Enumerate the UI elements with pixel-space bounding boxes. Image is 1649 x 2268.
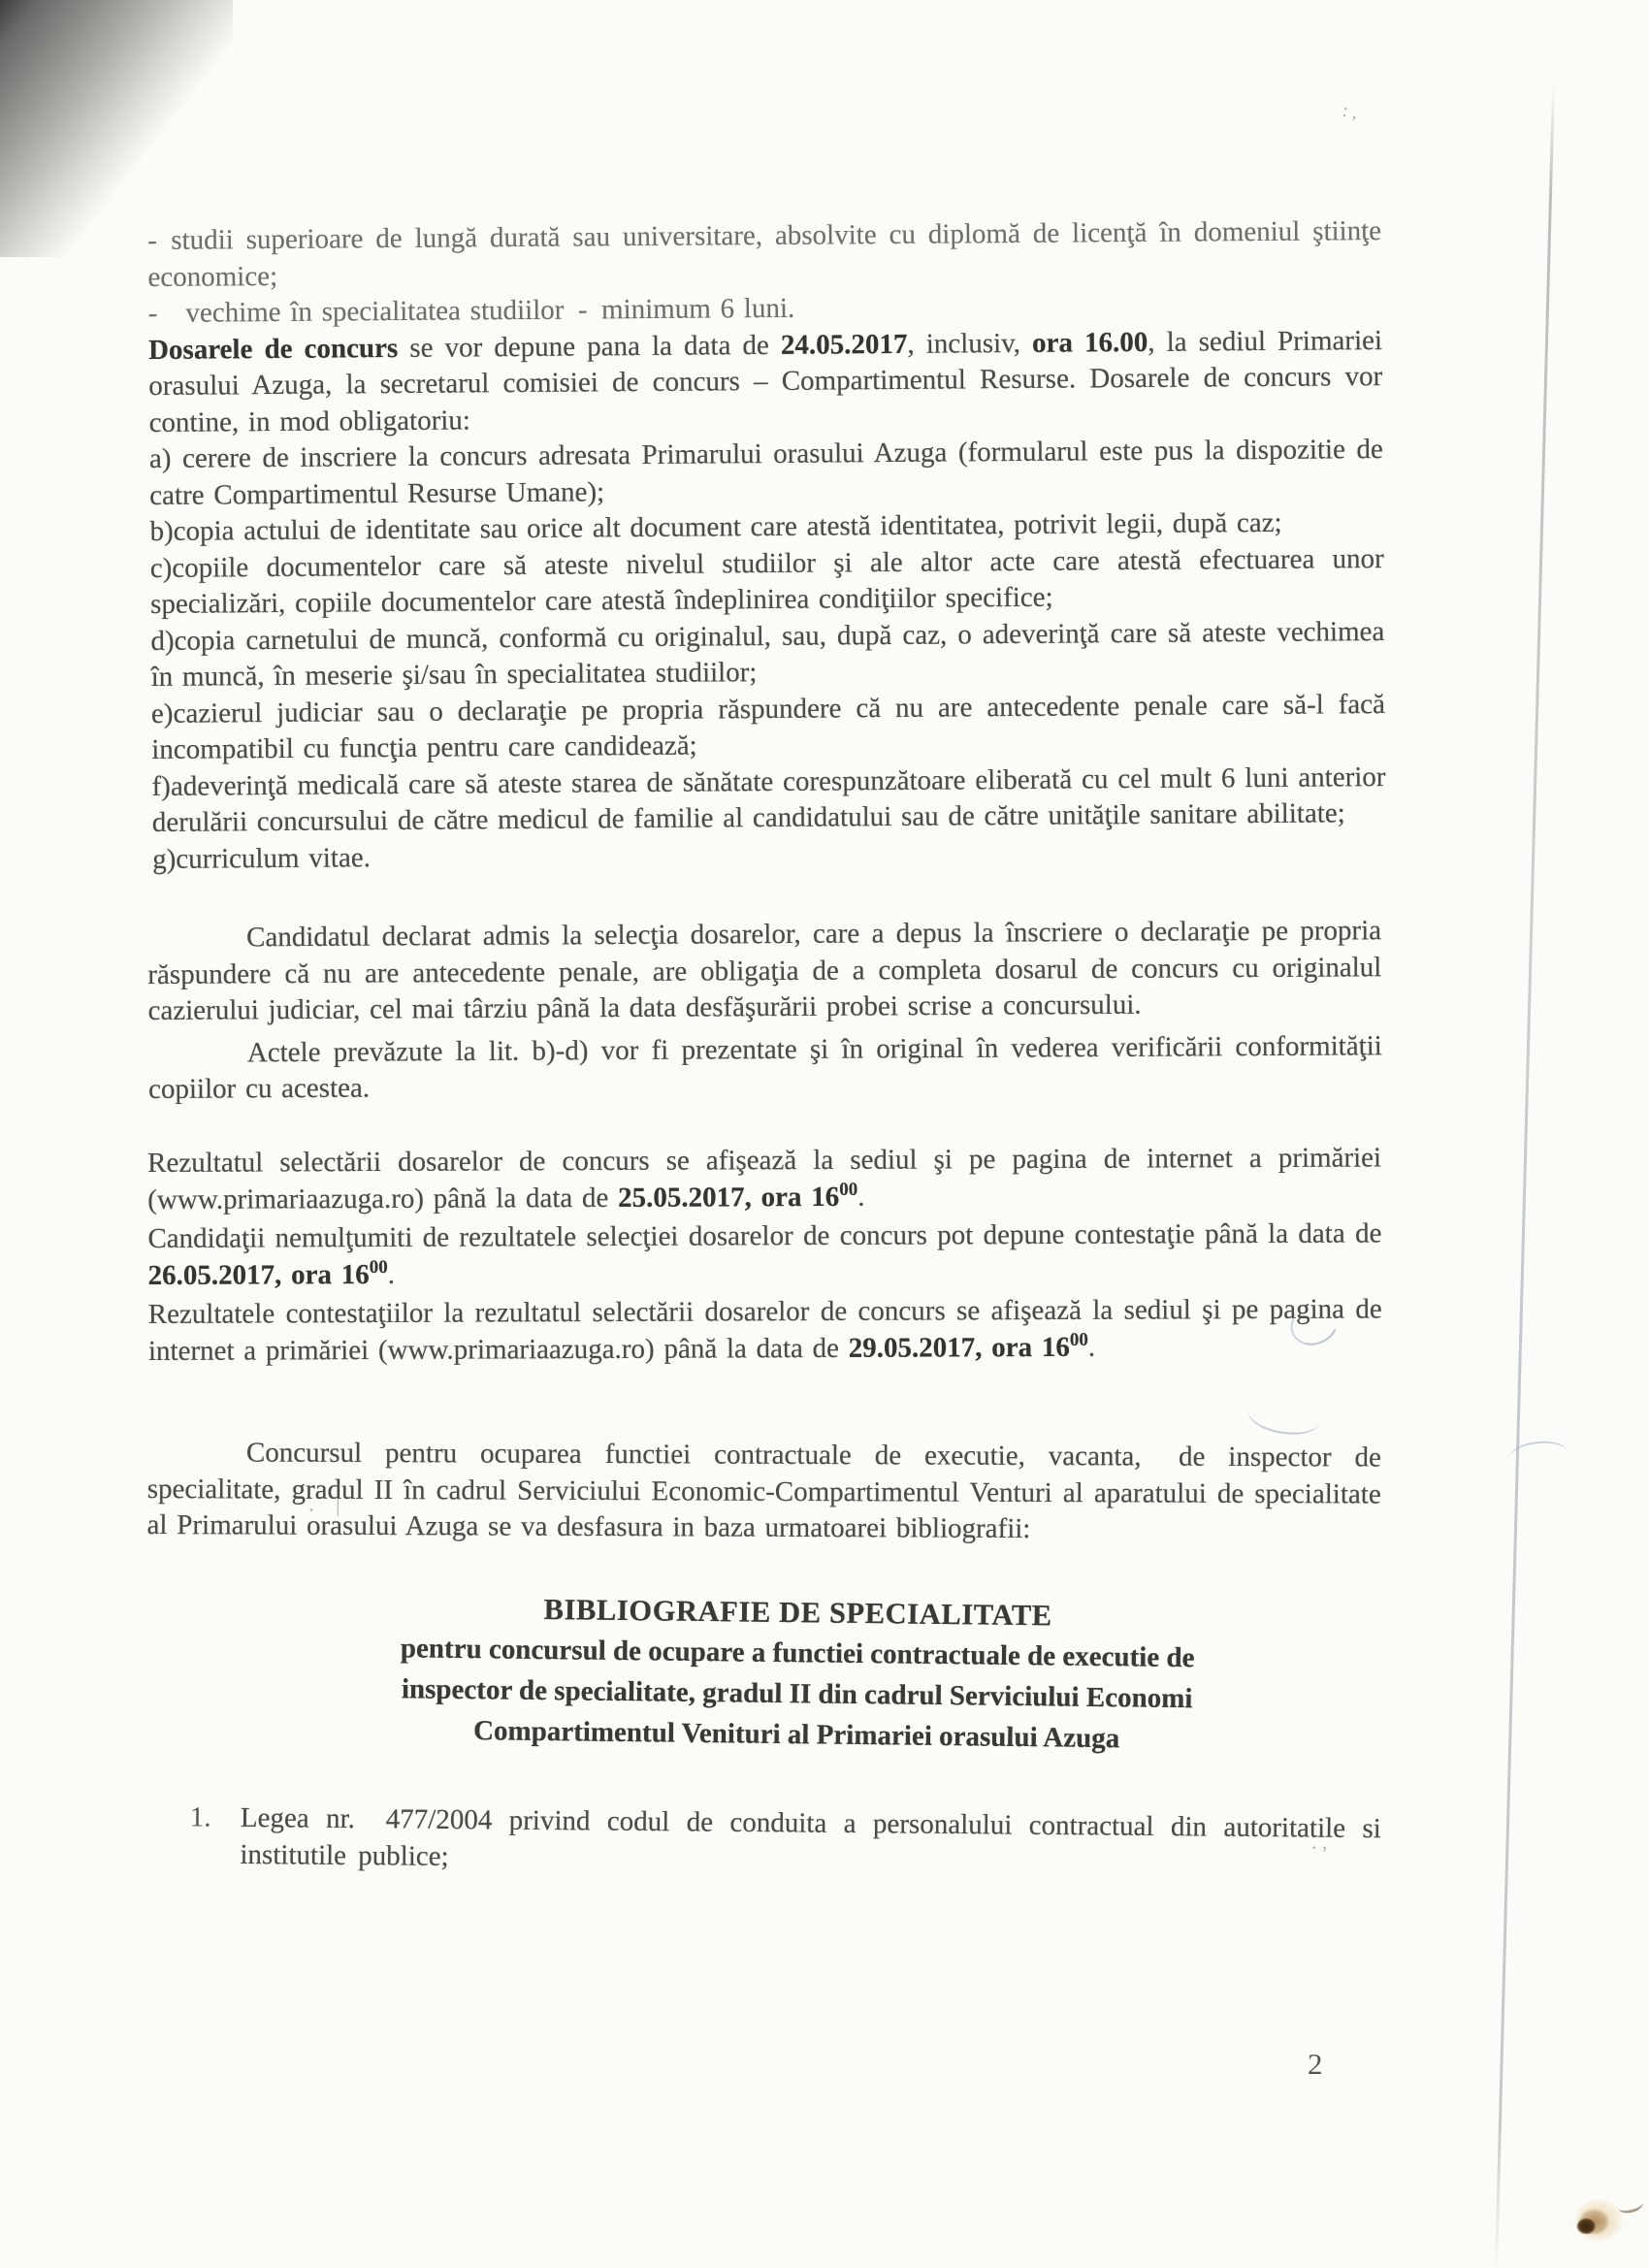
bold-ora-16: ora 16.00 — [1032, 326, 1148, 358]
paragraph-dossier-deadline: Dosarele de concurs se vor depune pana l… — [148, 323, 1383, 441]
section-candidate-obligations: Candidatul declarat admis la selecţia do… — [147, 913, 1382, 1108]
text-run: . — [857, 1181, 864, 1212]
section-bibliography-list: 1. Legea nr. 477/2004 privind codul de c… — [146, 1799, 1381, 1884]
text-run: , inclusiv, — [907, 327, 1032, 359]
bold-dosarele-de-concurs: Dosarele de concurs — [148, 332, 398, 365]
superscript-00: 00 — [839, 1179, 857, 1199]
bold-date-24-05-2017: 24.05.2017 — [781, 328, 908, 360]
scanned-document-page: : , . | . , - studii superioare de lungă… — [0, 0, 1649, 2268]
dossier-item-a: a) cerere de inscriere la concurs adresa… — [149, 432, 1384, 514]
paragraph-rezultat-contestatii: Rezultatele contestaţiilor la rezultatul… — [148, 1291, 1382, 1373]
text-run: Rezultatele contestaţiilor la rezultatul… — [148, 1293, 1382, 1366]
section-requirements-and-dossier: - studii superioare de lungă durată sau … — [147, 213, 1386, 878]
document-body: - studii superioare de lungă durată sau … — [147, 223, 1381, 1872]
scan-corner-shadow — [0, 0, 233, 257]
superscript-00: 00 — [370, 1256, 388, 1277]
paragraph-concurs: Concursul pentru ocuparea functiei contr… — [147, 1435, 1381, 1549]
requirement-item-studies: - studii superioare de lungă durată sau … — [147, 213, 1382, 296]
paragraph-rezultat-selectare: Rezultatul selectării dosarelor de concu… — [147, 1140, 1381, 1221]
page-number: 2 — [1308, 2047, 1323, 2082]
section-results-deadlines: Rezultatul selectării dosarelor de concu… — [147, 1140, 1382, 1373]
bold-date-26-05-2017: 26.05.2017, ora 16 — [148, 1258, 370, 1290]
dossier-item-f: f)adeverinţă medicală care să ateste sta… — [151, 759, 1386, 841]
paragraph-acte-prevazute: Actele prevăzute la lit. b)-d) vor fi pr… — [148, 1028, 1382, 1109]
paper-edge-line — [1495, 83, 1555, 2268]
text-run: . — [1088, 1331, 1095, 1362]
dossier-item-e: e)cazierul judiciar sau o declaraţie pe … — [151, 686, 1386, 768]
section-competition-intro: Concursul pentru ocuparea functiei contr… — [147, 1435, 1381, 1549]
section-bibliography-heading: BIBLIOGRAFIE DE SPECIALITATE pentru conc… — [145, 1584, 1381, 1763]
text-run: . — [388, 1258, 395, 1289]
dossier-item-d: d)copia carnetului de muncă, conformă cu… — [150, 613, 1385, 696]
text-run: Candidaţii nemulţumiti de rezultatele se… — [147, 1217, 1381, 1254]
bibliography-item-number: 1. — [147, 1799, 241, 1836]
ink-stain — [1560, 2185, 1637, 2256]
text-run: se vor depune pana la data de — [398, 329, 781, 363]
bibliography-item-text: Legea nr. 477/2004 privind codul de cond… — [240, 1800, 1381, 1884]
paragraph-candidat-admis: Candidatul declarat admis la selecţia do… — [147, 913, 1382, 1029]
bold-date-29-05-2017: 29.05.2017, ora 16 — [849, 1331, 1070, 1363]
bibliography-item: 1. Legea nr. 477/2004 privind codul de c… — [146, 1799, 1381, 1884]
scan-speck: : , — [1341, 100, 1359, 124]
superscript-00: 00 — [1070, 1329, 1088, 1349]
dossier-item-c: c)copiile documentelor care să ateste ni… — [150, 540, 1385, 623]
paragraph-contestatie: Candidaţii nemulţumiti de rezultatele se… — [147, 1215, 1381, 1297]
bibliography-item-text-wrap: Legea nr. 477/2004 privind codul de cond… — [240, 1800, 1381, 1884]
bold-date-25-05-2017: 25.05.2017, ora 16 — [618, 1181, 839, 1213]
